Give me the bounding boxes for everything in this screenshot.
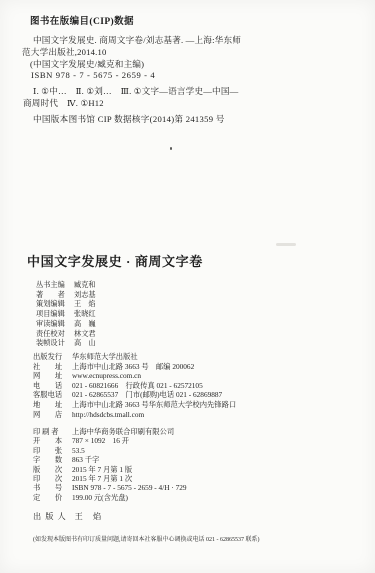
printing-value: ISBN 978 - 7 - 5675 - 2659 - 4/H · 729 <box>72 483 187 492</box>
printing-value: 199.00 元(含光盘) <box>72 493 128 502</box>
credit-label: 责任校对 <box>36 330 65 340</box>
printing-row: 印 张53.5 <box>33 446 187 455</box>
publisher-label: 客服电话 <box>33 390 63 400</box>
publisher-value: http://hdsdcbs.tmall.com <box>72 410 144 420</box>
printing-info-list: 印 刷 者上海中华商务联合印刷有限公司 开 本787 × 1092 16 开 印… <box>33 427 187 502</box>
printing-label: 印 张 <box>33 446 63 455</box>
credit-value: 林文君 <box>74 330 96 340</box>
credit-row: 项目编辑张晓红 <box>36 310 96 320</box>
publisher-label: 地 址 <box>33 400 63 410</box>
publisher-row: 社 址上海市中山北路 3663 号 邮编 200062 <box>33 362 236 372</box>
credit-label: 著 者 <box>36 291 65 301</box>
publisher-label: 社 址 <box>33 362 63 372</box>
printing-label: 印 次 <box>33 474 63 483</box>
printing-label: 定 价 <box>33 493 63 502</box>
credit-label: 项目编辑 <box>36 310 65 320</box>
credit-row: 责任校对林文君 <box>36 330 96 340</box>
printing-row: 字 数863 千字 <box>33 455 187 464</box>
printing-row: 印 刷 者上海中华商务联合印刷有限公司 <box>33 427 187 436</box>
scan-artifact-dot <box>170 147 172 150</box>
cip-classification-block: Ⅰ. ①中… Ⅱ. ①刘… Ⅲ. ①文字—语言学史—中国— 商周时代 Ⅳ. ①H… <box>23 86 353 109</box>
publisher-value: 021 - 60821666 行政传真 021 - 62572105 <box>72 381 203 391</box>
cip-record-line: 中国文字发展史. 商周文字卷/刘志基著. —上海:华东师 <box>22 35 352 47</box>
credit-value: 刘志基 <box>74 291 96 301</box>
publisher-row: 电 话021 - 60821666 行政传真 021 - 62572105 <box>33 381 236 391</box>
publisher-value: 上海市中山北路 3663 号 邮编 200062 <box>72 362 194 372</box>
publisher-label: 网 址 <box>33 371 63 381</box>
cip-record-line: ISBN 978 - 7 - 5675 - 2659 - 4 <box>22 70 352 82</box>
cip-record-line: (中国文字发展史/臧克和主编) <box>22 59 352 71</box>
cip-header: 图书在版编目(CIP)数据 <box>30 13 134 27</box>
printing-label: 开 本 <box>33 436 63 445</box>
publisher-row: 客服电话021 - 62865537 门市(邮购)电话 021 - 628698… <box>33 390 236 400</box>
publisher-row: 出版发行华东师范大学出版社 <box>33 352 236 362</box>
printing-row: 版 次2015 年 7 月第 1 版 <box>33 465 187 474</box>
credit-row: 丛书主编臧克和 <box>36 281 96 291</box>
printing-label: 版 次 <box>33 465 63 474</box>
credit-row: 策划编辑王 焰 <box>36 300 96 310</box>
credit-label: 装帧设计 <box>36 339 65 349</box>
cip-classification-line: Ⅰ. ①中… Ⅱ. ①刘… Ⅲ. ①文字—语言学史—中国— <box>23 86 353 98</box>
credit-label: 审读编辑 <box>36 320 65 330</box>
credit-value: 臧克和 <box>74 281 96 291</box>
scan-artifact-smudge <box>276 243 296 246</box>
printing-value: 787 × 1092 16 开 <box>72 436 129 445</box>
printing-label: 印 刷 者 <box>33 427 63 436</box>
credit-label: 丛书主编 <box>36 281 65 291</box>
printing-value: 53.5 <box>72 446 85 455</box>
publisher-label: 网 店 <box>33 410 63 420</box>
printing-value: 2015 年 7 月第 1 版 <box>72 465 132 474</box>
printing-row: 定 价199.00 元(含光盘) <box>33 493 187 502</box>
credit-value: 王 焰 <box>74 300 96 310</box>
printing-value: 2015 年 7 月第 1 次 <box>72 474 132 483</box>
printing-value: 上海中华商务联合印刷有限公司 <box>72 427 174 436</box>
publisher-value: www.ecnupress.com.cn <box>72 371 141 381</box>
cip-record-number: 中国版本图书馆 CIP 数据核字(2014)第 241359 号 <box>33 113 225 125</box>
publisher-info-list: 出版发行华东师范大学出版社 社 址上海市中山北路 3663 号 邮编 20006… <box>33 352 236 419</box>
credit-label: 策划编辑 <box>36 300 65 310</box>
publisher-person-label: 出 版 人 <box>33 511 67 522</box>
copyright-page: 图书在版编目(CIP)数据 中国文字发展史. 商周文字卷/刘志基著. —上海:华… <box>0 0 375 573</box>
book-title: 中国文字发展史 · 商周文字卷 <box>27 251 203 270</box>
publisher-value: 华东师范大学出版社 <box>72 352 138 362</box>
credit-row: 装帧设计高 山 <box>36 339 96 349</box>
publisher-row: 地 址上海市中山北路 3663 号华东师范大学校内先锋路口 <box>33 400 236 410</box>
publisher-value: 上海市中山北路 3663 号华东师范大学校内先锋路口 <box>72 400 236 410</box>
printing-label: 字 数 <box>33 455 63 464</box>
printing-row: 开 本787 × 1092 16 开 <box>33 436 187 445</box>
credit-value: 张晓红 <box>74 310 96 320</box>
printing-label: 书 号 <box>33 483 63 492</box>
credits-list: 丛书主编臧克和 著 者刘志基 策划编辑王 焰 项目编辑张晓红 审读编辑高 巍 责… <box>36 281 96 349</box>
publisher-value: 021 - 62865537 门市(邮购)电话 021 - 62869887 <box>72 390 222 400</box>
publisher-label: 电 话 <box>33 381 63 391</box>
cip-record-line: 范大学出版社,2014.10 <box>22 47 352 59</box>
cip-classification-line: 商周时代 Ⅳ. ①H12 <box>23 98 353 110</box>
printing-row: 印 次2015 年 7 月第 1 次 <box>33 474 187 483</box>
credit-row: 审读编辑高 巍 <box>36 320 96 330</box>
credit-row: 著 者刘志基 <box>36 291 96 301</box>
credit-value: 高 巍 <box>74 320 96 330</box>
quality-notice: (如发现本版图书有印订质量问题,请寄回本社客服中心调换或电话 021 - 628… <box>33 534 260 543</box>
publisher-row: 网 店http://hdsdcbs.tmall.com <box>33 410 236 420</box>
publisher-person-value: 王 焰 <box>75 511 103 522</box>
printing-value: 863 千字 <box>72 455 99 464</box>
credit-value: 高 山 <box>74 339 96 349</box>
publisher-label: 出版发行 <box>33 352 63 362</box>
cip-record-block: 中国文字发展史. 商周文字卷/刘志基著. —上海:华东师 范大学出版社,2014… <box>22 35 352 82</box>
printing-row: 书 号ISBN 978 - 7 - 5675 - 2659 - 4/H · 72… <box>33 483 187 492</box>
publisher-person-row: 出 版 人王 焰 <box>33 511 102 522</box>
publisher-row: 网 址www.ecnupress.com.cn <box>33 371 236 381</box>
